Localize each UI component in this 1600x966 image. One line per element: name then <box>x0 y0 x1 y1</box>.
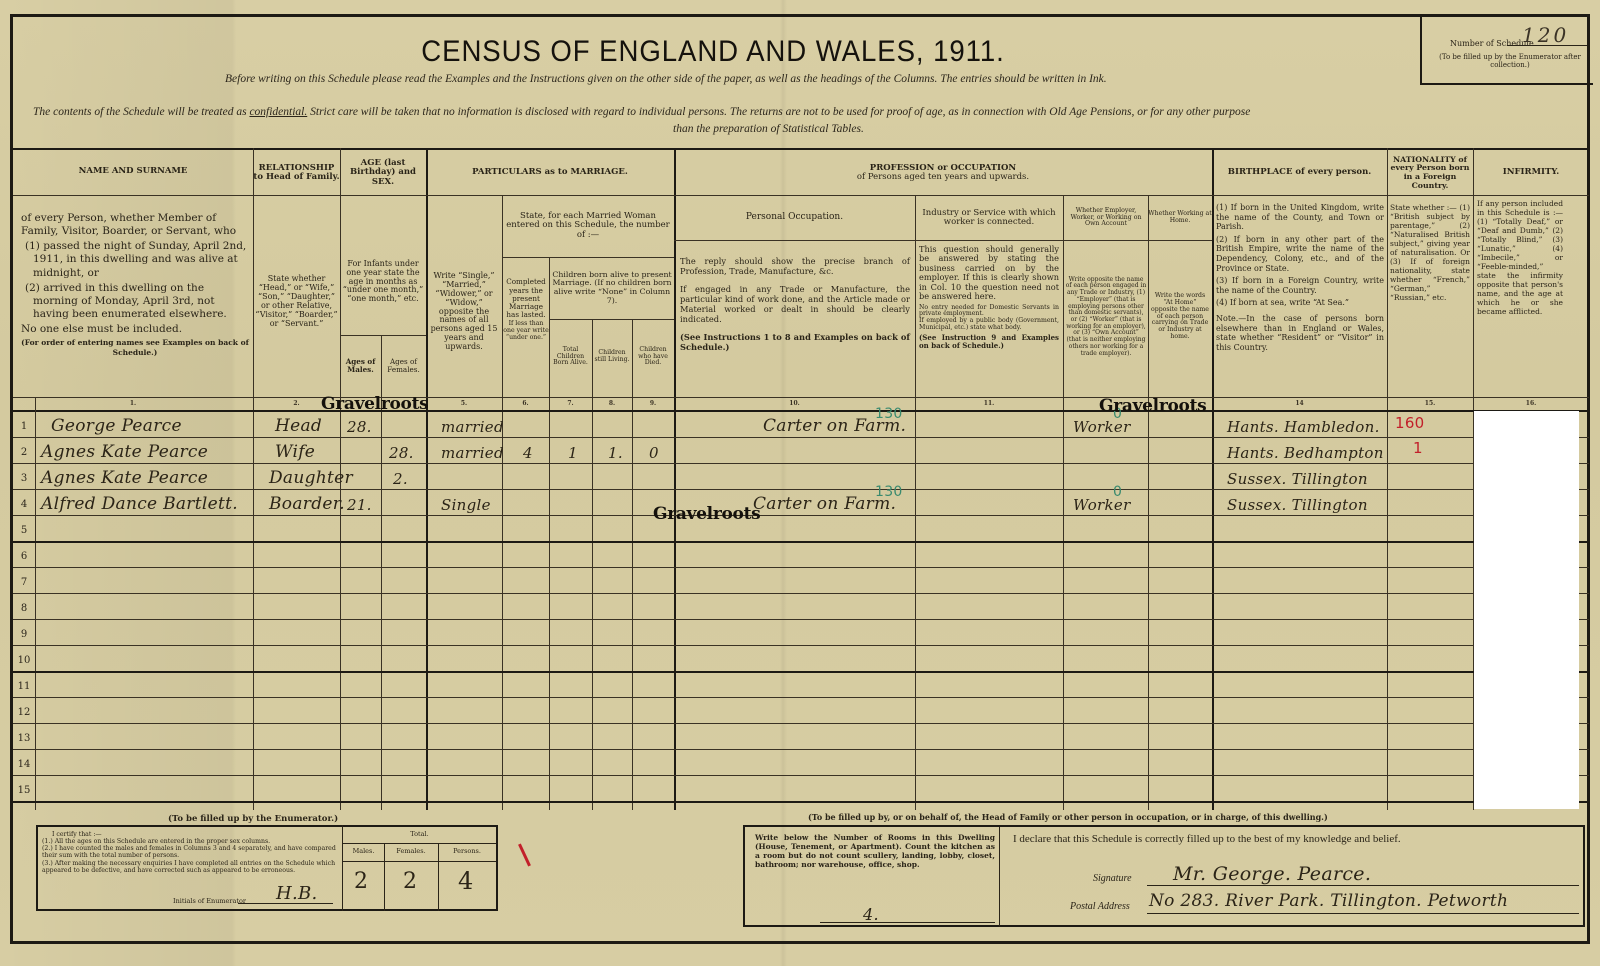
header-employer-desc: Write opposite the name of each person e… <box>1065 242 1147 392</box>
row-number: 3 <box>13 473 35 484</box>
confidential-notice-line2: than the preparation of Statistical Tabl… <box>673 123 864 135</box>
colnum-9: 9. <box>632 400 674 407</box>
divider-col7 <box>592 319 593 810</box>
header-name-desc: of every Person, whether Member of Famil… <box>21 212 249 382</box>
header-married-woman: State, for each Married Woman entered on… <box>504 199 672 253</box>
schedule-number: 120 <box>1522 23 1569 47</box>
colnum-11: 11. <box>915 400 1063 407</box>
schedule-number-underline <box>1507 45 1587 46</box>
marriage-sub-rule <box>502 257 674 258</box>
header-children: Children born alive to present Marriage.… <box>551 259 673 317</box>
industry-p3: If employed by a public body (Government… <box>919 318 1059 332</box>
birthplace-b4: (4) If born at sea, write “At Sea.” <box>1216 298 1384 308</box>
header-relationship: RELATIONSHIP to Head of Family. <box>253 153 340 193</box>
header-age-females: Ages of Females. <box>381 337 426 395</box>
enumerator-box: I certify that :— (1.) All the ages on t… <box>36 825 498 911</box>
row-rule <box>13 515 1589 516</box>
certify-label: I certify that :— <box>42 831 338 838</box>
row-number: 12 <box>13 707 35 718</box>
initials-label: Initials of Enumerator <box>173 897 246 905</box>
cell-relationship: Head <box>275 416 322 436</box>
birthplace-b1: (1) If born in the United Kingdom, write… <box>1216 203 1384 232</box>
row-number: 4 <box>13 499 35 510</box>
cell-relationship: Boarder. <box>269 494 345 514</box>
divider-col9 <box>674 148 676 810</box>
colnum-15: 15. <box>1387 400 1473 407</box>
redacted-infirmity-column <box>1474 411 1579 809</box>
personal-p3: (See Instructions 1 to 8 and Examples on… <box>680 333 910 353</box>
cell-age-male: 28. <box>347 418 372 436</box>
females-label: Females. <box>384 847 438 855</box>
cell-name: Agnes Kate Pearce <box>41 468 208 488</box>
rooms-count: 4. <box>863 905 879 924</box>
header-top-rule <box>13 148 1589 150</box>
row-rule <box>13 775 1589 776</box>
total-males: 2 <box>354 869 368 894</box>
industry-p1: This question should generally be answer… <box>919 245 1059 302</box>
postal-address: No 283. River Park. Tillington. Petworth <box>1149 891 1508 911</box>
enumerator-initials: H.B. <box>276 883 318 904</box>
rooms-instructions: Write below the Number of Rooms in this … <box>755 833 995 869</box>
confidential-notice: The contents of the Schedule will be tre… <box>33 106 1250 118</box>
rooms-divider <box>999 827 1000 927</box>
row-number: 1 <box>13 421 35 432</box>
name-item2: (2) arrived in this dwelling on the morn… <box>21 282 249 321</box>
cell-birthplace: Hants. Bedhampton <box>1227 444 1384 462</box>
divider-col13 <box>1212 148 1214 810</box>
row-rule <box>13 645 1589 646</box>
header-birthplace-desc: (1) If born in the United Kingdom, write… <box>1216 203 1384 393</box>
industry-p4: (See Instruction 9 and Examples on back … <box>919 334 1059 350</box>
census-form: CENSUS OF ENGLAND AND WALES, 1911. Befor… <box>10 14 1590 944</box>
occupation-sub-rule <box>674 240 1212 241</box>
colnum-8: 8. <box>592 400 632 407</box>
cell-name: Agnes Kate Pearce <box>41 442 208 462</box>
address-line <box>1147 913 1579 914</box>
cell-children-living: 1. <box>608 444 623 462</box>
cell-age-male: 21. <box>347 496 372 514</box>
cell-age-female: 28. <box>389 444 414 462</box>
header-industry-desc: This question should generally be answer… <box>919 245 1059 395</box>
head-of-family-heading: (To be filled up by, or on behalf of, th… <box>808 812 1328 822</box>
confidential-post: Strict care will be taken that no inform… <box>307 106 1250 118</box>
page-title: CENSUS OF ENGLAND AND WALES, 1911. <box>69 35 1357 69</box>
row-rule <box>13 593 1589 594</box>
colnum-1: 1. <box>13 400 253 407</box>
row-number: 2 <box>13 447 35 458</box>
address-label: Postal Address <box>1070 901 1130 912</box>
header-nationality-desc: State whether :— (1) “British subject by… <box>1390 203 1470 393</box>
header-marriage: PARTICULARS as to MARRIAGE. <box>426 153 674 193</box>
row-number: 6 <box>13 551 35 562</box>
cell-birthplace: Sussex. Tillington <box>1227 496 1368 514</box>
cell-condition: Single <box>441 496 491 514</box>
header-infirmity-desc: If any person included in this Schedule … <box>1477 199 1563 394</box>
cell-age-female: 2. <box>393 470 408 488</box>
birthplace-note: Note.—In the case of persons born elsewh… <box>1216 314 1384 352</box>
schedule-number-box: Number of Schedule 120 (To be filled up … <box>1420 17 1593 85</box>
name-intro: of every Person, whether Member of Famil… <box>21 212 249 238</box>
cell-marriage-years: 4 <box>523 444 533 462</box>
total-rule <box>343 843 496 844</box>
cell-occupation-code: 130 <box>875 484 903 500</box>
age-sub-rule <box>340 335 426 336</box>
certify-item-3: (3.) After making the necessary enquirie… <box>42 860 338 874</box>
head-of-family-box: Write below the Number of Rooms in this … <box>743 825 1585 927</box>
cell-name: Alfred Dance Bartlett. <box>41 494 238 514</box>
schedule-number-note: (To be filled up by the Enumerator after… <box>1430 53 1590 69</box>
divider-col10 <box>915 195 916 810</box>
cell-relationship: Daughter <box>269 468 353 488</box>
cell-condition: married <box>441 418 504 436</box>
name-order-note: (For order of entering names see Example… <box>21 338 249 357</box>
cell-children-born: 1 <box>568 444 578 462</box>
header-industry: Industry or Service with which worker is… <box>915 197 1063 239</box>
cell-children-died: 0 <box>649 444 659 462</box>
header-personal-desc: The reply should show the precise branch… <box>680 257 910 387</box>
header-home: Whether Working at Home. <box>1148 197 1212 239</box>
row-rule <box>13 437 1589 438</box>
cell-employer-code: 0 <box>1113 484 1122 500</box>
header-marriage-condition: Write “Single,” “Married,” “Widower,” or… <box>428 257 500 367</box>
colnum-7: 7. <box>549 400 592 407</box>
occupation-subtitle: of Persons aged ten years and upwards. <box>857 173 1029 182</box>
name-no-one-else: No one else must be included. <box>21 323 249 336</box>
header-marriage-years: Completed years the present Marriage has… <box>503 265 549 355</box>
divider-col4 <box>426 148 428 810</box>
total-persons: 4 <box>458 867 474 895</box>
signature-line <box>1147 885 1579 886</box>
row-number: 13 <box>13 733 35 744</box>
birthplace-b3: (3) If born in a Foreign Country, write … <box>1216 276 1384 295</box>
header-relationship-desc: State whether “Head,” or “Wife,” “Son,” … <box>255 247 338 357</box>
divider-col14 <box>1387 148 1388 810</box>
header-home-desc: Write the words “At Home” opposite the n… <box>1150 257 1210 377</box>
children-sub-rule <box>549 319 674 320</box>
colnum-14: 14 <box>1212 400 1387 407</box>
birthplace-b2: (2) If born in any other part of the Bri… <box>1216 235 1384 273</box>
colnum-bottom-rule <box>13 410 1589 412</box>
certify-item-1: (1.) All the ages on this Schedule are e… <box>42 838 338 845</box>
colnum-16: 16. <box>1473 400 1589 407</box>
total-label: Total. <box>343 827 496 843</box>
row-number: 7 <box>13 577 35 588</box>
row-rule <box>13 749 1589 750</box>
watermark: Gravelroots <box>653 504 760 524</box>
certify-item-2: (2.) I have counted the males and female… <box>42 845 338 859</box>
enumerator-heading: (To be filled up by the Enumerator.) <box>168 814 338 824</box>
row-rule <box>13 463 1589 464</box>
header-age-infants: For Infants under one year state the age… <box>342 242 424 322</box>
row-number: 5 <box>13 525 35 536</box>
cell-name: George Pearce <box>51 416 182 436</box>
enumerator-certify: I certify that :— (1.) All the ages on t… <box>42 831 338 874</box>
divider-col8 <box>632 319 633 810</box>
header-total-born: Total Children Born Alive. <box>549 322 592 392</box>
personal-p1: The reply should show the precise branch… <box>680 257 910 277</box>
declaration-text: I declare that this Schedule is correctl… <box>1013 833 1401 845</box>
header-age-males: Ages of Males. <box>340 337 381 395</box>
header-title-rule <box>13 195 1589 196</box>
row-number: 15 <box>13 785 35 796</box>
confidential-word: confidential. <box>249 106 307 118</box>
total-females: 2 <box>403 869 417 894</box>
row-number: 14 <box>13 759 35 770</box>
personal-p2: If engaged in any Trade or Manufacture, … <box>680 285 910 325</box>
header-occupation: PROFESSION or OCCUPATION of Persons aged… <box>674 153 1212 193</box>
persons-label: Persons. <box>438 847 496 855</box>
red-tick-mark <box>518 843 531 866</box>
header-personal-occupation: Personal Occupation. <box>674 197 915 239</box>
table-bottom-rule <box>13 801 1589 803</box>
industry-p2: No entry needed for Domestic Servants in… <box>919 305 1059 319</box>
cell-birthplace: Sussex. Tillington <box>1227 470 1368 488</box>
row-rule <box>13 697 1589 698</box>
row-number: 8 <box>13 603 35 614</box>
header-nationality: NATIONALITY of every Person born in a Fo… <box>1387 151 1473 195</box>
watermark: Gravelroots <box>321 394 428 414</box>
header-birthplace: BIRTHPLACE of every person. <box>1212 153 1387 193</box>
divider-col12 <box>1148 195 1149 810</box>
name-item1: (1) passed the night of Sunday, April 2n… <box>21 240 249 279</box>
watermark: Gravelroots <box>1099 396 1206 416</box>
rooms-underline <box>820 922 995 923</box>
row-number: 11 <box>13 681 35 692</box>
header-name: NAME AND SURNAME <box>13 155 253 189</box>
row-rule <box>13 489 1589 490</box>
row-rule <box>13 723 1589 724</box>
row-rule <box>13 567 1589 568</box>
row-rule-bold <box>13 671 1589 673</box>
header-infirmity: INFIRMITY. <box>1473 153 1589 193</box>
cell-nationality-code: 160 <box>1395 414 1425 432</box>
cell-condition: married <box>441 444 504 462</box>
confidential-pre: The contents of the Schedule will be tre… <box>33 106 249 118</box>
signature: Mr. George. Pearce. <box>1173 863 1371 885</box>
cell-nationality-code: 1 <box>1413 439 1423 457</box>
colnum-6: 6. <box>502 400 549 407</box>
cell-occupation-code: 130 <box>875 406 903 422</box>
marriage-years-note: If less than one year write “under one.” <box>503 321 549 342</box>
header-still-living: Children still Living. <box>592 322 632 392</box>
divider-col1 <box>253 148 254 810</box>
cell-birthplace: Hants. Hambledon. <box>1227 418 1380 436</box>
colnum-top-rule <box>13 397 1589 398</box>
cell-relationship: Wife <box>275 442 315 462</box>
signature-label: Signature <box>1093 873 1132 884</box>
row-number: 9 <box>13 629 35 640</box>
instruction-line: Before writing on this Schedule please r… <box>225 73 1107 85</box>
header-have-died: Children who have Died. <box>632 322 674 392</box>
header-age: AGE (last Birthday) and SEX. <box>340 153 426 193</box>
males-label: Males. <box>343 847 384 855</box>
total-rule-2 <box>343 861 496 862</box>
row-number: 10 <box>13 655 35 666</box>
marriage-years-label: Completed years the present Marriage has… <box>503 278 549 318</box>
row-rule-bold <box>13 541 1589 543</box>
divider-col11 <box>1063 195 1064 810</box>
row-rule <box>13 619 1589 620</box>
colnum-5: 5. <box>426 400 502 407</box>
header-employer: Whether Employer, Worker, or Working on … <box>1064 197 1148 239</box>
